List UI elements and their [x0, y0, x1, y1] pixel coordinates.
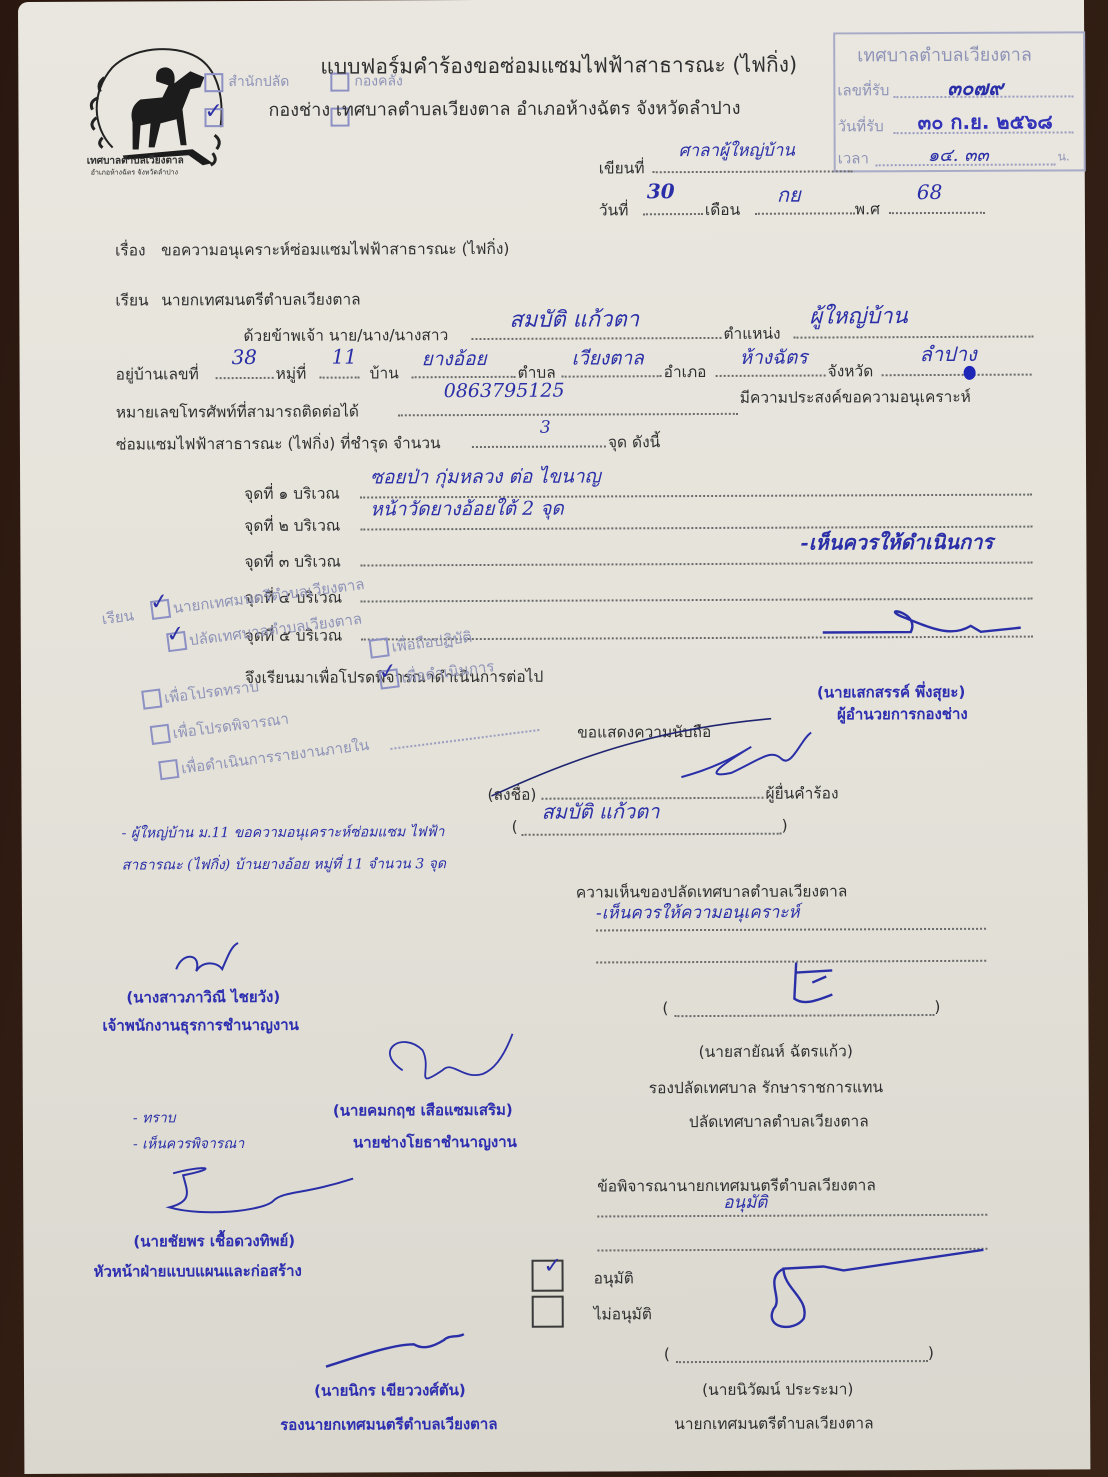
clerk-opinion-value[interactable]: -เห็นควรให้ความอนุเคราะห์: [596, 899, 800, 927]
section-head-title: หัวหน้าฝ่ายแบบแผนและก่อสร้าง: [93, 1259, 301, 1284]
subject-label: เรื่อง: [115, 237, 146, 262]
to-label: เรียน: [115, 287, 148, 312]
house-no-value[interactable]: 38: [231, 345, 257, 369]
paren-close: ): [928, 1344, 934, 1362]
clerk-opinion-title-1: รองปลัดเทศบาล รักษาราชการแทน: [649, 1074, 883, 1100]
date-day-value[interactable]: 30: [647, 179, 675, 203]
routing-checkbox-office[interactable]: [204, 73, 223, 92]
approve-label: อนุมัติ: [594, 1265, 634, 1290]
district-label: อำเภอ: [664, 359, 707, 384]
reject-label: ไม่อนุมัติ: [594, 1301, 652, 1326]
point-1-label: จุดที่ ๑ บริเวณ: [244, 481, 340, 506]
technician-title: นายช่างโยธาชำนาญงาน: [353, 1130, 517, 1155]
ink-blot: [964, 366, 976, 380]
purpose-text: มีความประสงค์ขอความอนุเคราะห์: [740, 384, 971, 410]
name-value[interactable]: สมบัติ แก้วตา: [509, 301, 639, 337]
routing-action-inform-checkbox[interactable]: [141, 689, 162, 710]
director-name: (นายเสกสรรค์ พึ่งสุยะ): [817, 680, 965, 705]
mayor-signature-icon: [753, 1248, 993, 1339]
stamp-time-value: ๑๔. ๓๓: [928, 140, 989, 169]
point-1-value[interactable]: ซอยป่า กุ่มหลวง ต่อ ไขนาญ: [370, 461, 601, 492]
mayor-decision-value[interactable]: อนุมัติ: [723, 1189, 767, 1216]
moo-label: หมู่ที่: [276, 361, 307, 386]
paren-close: ): [934, 998, 940, 1016]
stamp-no-label: เลขที่รับ: [837, 78, 889, 102]
mayor-name: (นายนิวัฒน์ ประระมา): [702, 1376, 853, 1402]
form-subtitle: กองช่าง เทศบาลตำบลเวียงตาล อำเภอห้างฉัตร…: [268, 93, 740, 124]
routing-check-mark: ✓: [204, 99, 223, 124]
director-signature-icon: [821, 602, 1031, 643]
point-2-value[interactable]: หน้าวัดยางอ้อยใต้ 2 จุด: [370, 494, 564, 525]
paren-close: ): [782, 817, 788, 835]
clerk-opinion-title-2: ปลัดเทศบาลตำบลเวียงตาล: [689, 1108, 869, 1134]
logo-org-sub: อำเภอห้างฉัตร จังหวัดลำปาง: [91, 167, 178, 178]
stamp-no-value: ๓๐๗๙: [947, 72, 1003, 104]
routing-action-comply: เพื่อถือปฏิบัติ: [390, 625, 473, 659]
subject-text: ขอความอนุเคราะห์ซ่อมแซมไฟฟ้าสาธารณะ (ไฟก…: [161, 236, 509, 263]
district-value[interactable]: ห้างฉัตร: [739, 343, 807, 373]
province-label: จังหวัด: [828, 358, 874, 383]
village-label: บ้าน: [370, 360, 399, 385]
subdistrict-value[interactable]: เวียงตาล: [571, 343, 643, 373]
repair-count-label: ซ่อมแซมไฟฟ้าสาธารณะ (ไฟกิ่ง) ที่ชำรุด จำ…: [116, 430, 441, 456]
routing-action-report-checkbox[interactable]: [158, 759, 179, 780]
deputy-mayor-signature-icon: [324, 1330, 474, 1371]
stamp-date-value: ๓๐ ก.ย. ๒๕๖๘: [917, 105, 1052, 138]
moo-value[interactable]: 11: [331, 345, 357, 369]
approve-check-mark: ✓: [543, 1254, 562, 1279]
routing-action-inform: เพื่อโปรดทราบ: [163, 674, 261, 710]
clerk-opinion-name: (นายสายัณห์ ฉัตรแก้ว): [699, 1038, 853, 1064]
paren-open: (: [664, 1345, 670, 1363]
village-value[interactable]: ยางอ้อย: [421, 344, 486, 374]
written-at-label: เขียนที่: [599, 155, 645, 180]
date-month-label: เดือน: [705, 197, 740, 222]
routing-action-comply-checkbox[interactable]: [369, 637, 390, 658]
repair-count-value[interactable]: 3: [540, 418, 551, 438]
check-mark: ✓: [165, 621, 186, 648]
routing-action-consider: เพื่อโปรดพิจารณา: [171, 707, 290, 746]
director-title: ผู้อำนวยการกองช่าง: [837, 702, 968, 727]
reject-checkbox[interactable]: [532, 1296, 564, 1328]
stamp-time-label: เวลา: [838, 146, 869, 170]
check-mark: ✓: [377, 659, 398, 686]
section-head-note-1: - ทราบ: [133, 1107, 176, 1129]
clerk-title: เจ้าพนักงานธุรการชำนาญงาน: [102, 1013, 299, 1038]
section-head-note-2: - เห็นควรพิจารณา: [133, 1133, 244, 1155]
position-value[interactable]: ผู้ใหญ่บ้าน: [809, 298, 907, 333]
deputy-mayor-name: (นายนิกร เขียววงศ์ตัน): [314, 1378, 466, 1403]
date-year-value[interactable]: 68: [917, 180, 943, 204]
point-2-label: จุดที่ ๒ บริเวณ: [244, 513, 340, 538]
clerk-note: - ผู้ใหญ่บ้าน ม.11 ขอความอนุเคราะห์ซ่อมแ…: [122, 816, 482, 882]
paren-open: (: [662, 999, 668, 1017]
stamp-date-label: วันที่รับ: [837, 114, 883, 138]
director-routing-line-icon: [491, 699, 791, 800]
phone-label: หมายเลขโทรศัพท์ที่สามารถติดต่อได้: [116, 399, 359, 425]
form-title: แบบฟอร์มคำร้องขอซ่อมแซมไฟฟ้าสาธารณะ (ไฟก…: [320, 49, 797, 84]
section-head-signature-icon: [163, 1161, 363, 1222]
clerk-signature-icon: [172, 941, 252, 981]
applicant-printed-name[interactable]: สมบัติ แก้วตา: [541, 795, 659, 828]
clerk-name: (นางสาวภาวิณี ไชยวัง): [126, 985, 280, 1010]
technician-signature-icon: [372, 1030, 532, 1101]
stamp-org: เทศบาลตำบลเวียงตาล: [857, 40, 1032, 70]
clerk-opinion-signature-icon: [782, 958, 842, 1008]
section-head-name: (นายชัยพร เชื้อดวงทิพย์): [133, 1229, 295, 1254]
date-month-value[interactable]: กย: [777, 179, 801, 211]
house-no-label: อยู่บ้านเลขที่: [116, 361, 199, 386]
routing-to-label: เรียน: [100, 603, 135, 631]
routing-action-consider-checkbox[interactable]: [150, 724, 171, 745]
paren-open: (: [512, 818, 518, 836]
written-at-value[interactable]: ศาลาผู้ใหญ่บ้าน: [679, 137, 795, 165]
director-note: -เห็นควรให้ดำเนินการ: [800, 526, 993, 559]
to-text: นายกเทศมนตรีตำบลเวียงตาล: [161, 287, 360, 313]
stamp-time-suffix: น.: [1058, 147, 1070, 166]
check-mark: ✓: [149, 589, 170, 616]
deputy-mayor-title: รองนายกเทศมนตรีตำบลเวียงตาล: [280, 1412, 497, 1437]
technician-name: (นายคมกฤช เสือแซมเสริม): [333, 1098, 513, 1123]
receive-stamp: เทศบาลตำบลเวียงตาล เลขที่รับ ๓๐๗๙ วันที่…: [833, 31, 1086, 172]
repair-unit: จุด ดังนี้: [608, 429, 660, 454]
point-3-label: จุดที่ ๓ บริเวณ: [244, 549, 340, 574]
phone-value[interactable]: 0863795125: [444, 380, 565, 403]
routing-label-office: สำนักปลัด: [228, 71, 289, 93]
date-day-label: วันที่: [599, 197, 629, 222]
mayor-title: นายกเทศมนตรีตำบลเวียงตาล: [674, 1410, 873, 1436]
form-paper: เทศบาลตำบลเวียงตาล อำเภอห้างฉัตร จังหวัด…: [18, 0, 1090, 1474]
date-year-label: พ.ศ: [855, 196, 880, 221]
